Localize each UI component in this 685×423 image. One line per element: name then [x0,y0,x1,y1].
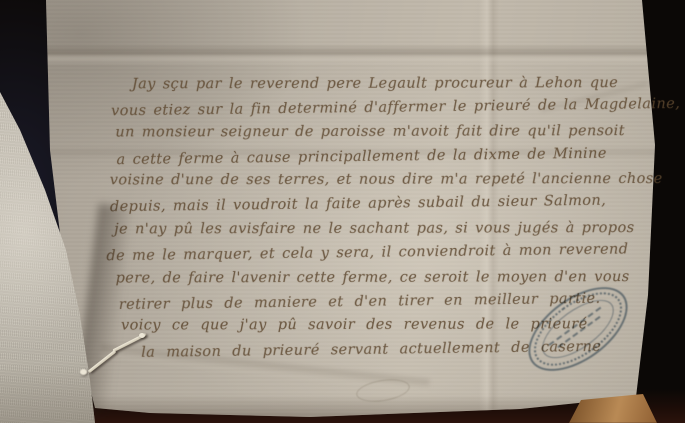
manuscript-line: voicy ce que j'ay pû savoir des revenus … [121,316,588,333]
manuscript-line: retirer plus de maniere et d'en tirer en… [119,291,601,313]
manuscript-line: pere, de faire l'avenir cette ferme, ce … [116,269,630,286]
manuscript-line: je n'ay pû les avisfaire ne le sachant p… [114,220,634,237]
manuscript-line: de me le marquer, et cela y sera, il con… [106,241,628,264]
manuscript-line: Jay sçu par le reverend pere Legault pro… [132,75,618,92]
thread-end [80,369,87,375]
manuscript-line: un monsieur seigneur de paroisse m'avoit… [115,123,625,140]
manuscript-line: voisine d'une de ses terres, et nous dir… [110,171,663,188]
manuscript-line: vous etiez sur la fin determiné d'afferm… [111,96,680,119]
manuscript-line: depuis, mais il voudroit la faite après … [110,193,606,215]
photograph: Jay sçu par le reverend pere Legault pro… [0,0,685,423]
thread-knot [139,333,145,338]
manuscript-line: a cette ferme à cause principallement de… [116,146,606,168]
